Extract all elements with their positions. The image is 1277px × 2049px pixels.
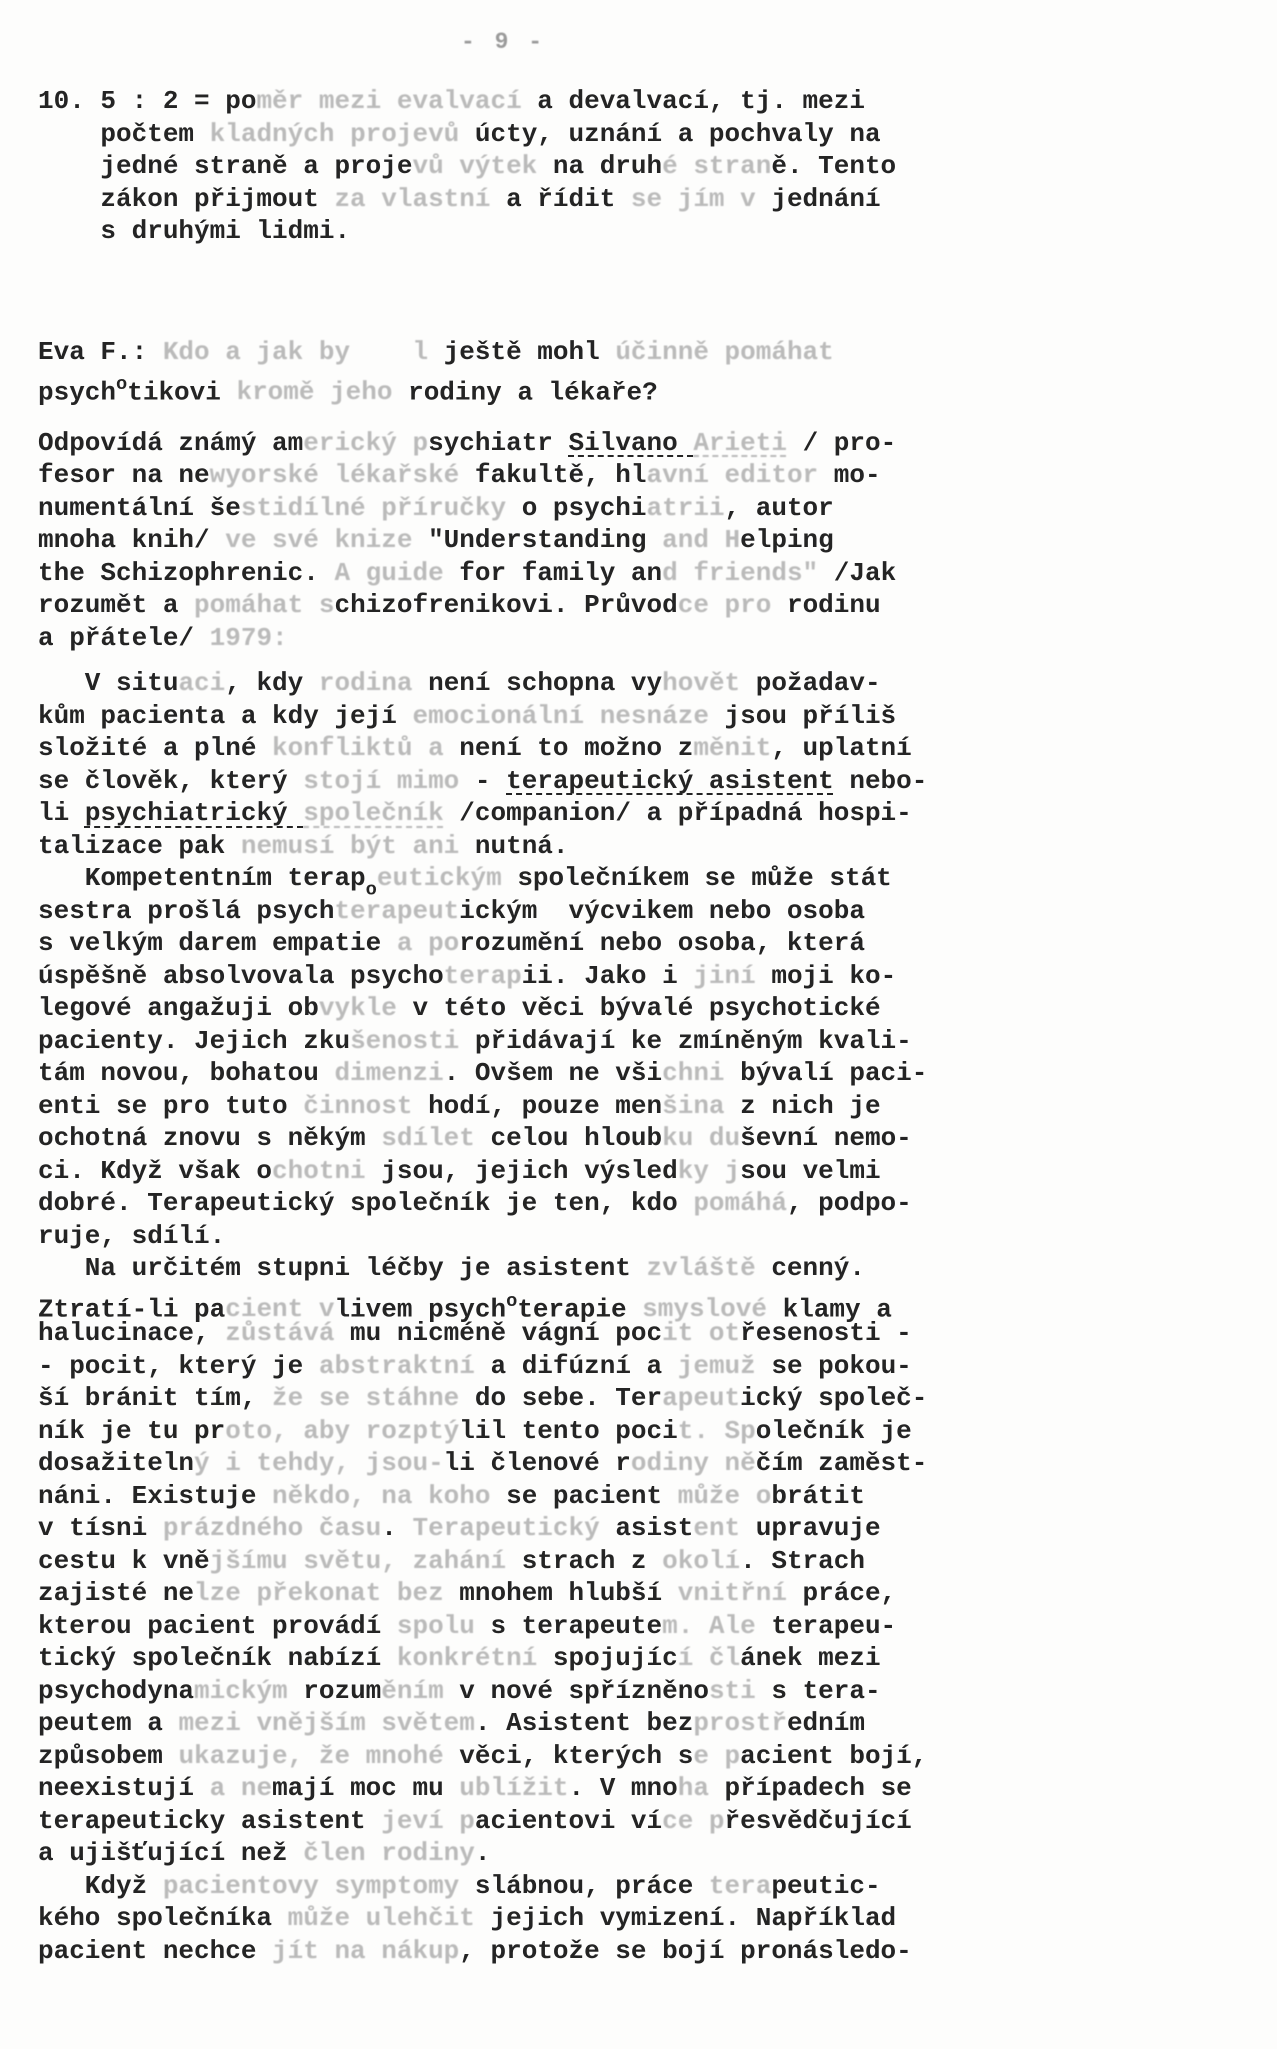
text-segment: . V mno xyxy=(569,1773,678,1803)
text-segment: cestu k vně xyxy=(38,1546,210,1576)
text-segment: peutic- xyxy=(771,1871,880,1901)
text-segment: Eva F.: xyxy=(38,337,163,367)
text-segment: olečník je xyxy=(756,1416,912,1446)
text-segment: ický společ- xyxy=(740,1383,927,1413)
text-segment: měr mezi evalvací xyxy=(256,86,521,116)
text-segment: ěním xyxy=(381,1676,443,1706)
text-segment: řesvědčující xyxy=(725,1806,912,1836)
text-segment: účinně pomáhat xyxy=(615,337,833,367)
text-segment: 1979: xyxy=(210,623,288,653)
text-segment: chotni xyxy=(272,1156,366,1186)
text-segment: přidávají ke zmíněným kvali- xyxy=(459,1026,911,1056)
text-segment: jiní xyxy=(693,961,755,991)
text-line: cestu k vnějšímu světu, zahání strach z … xyxy=(38,1545,1028,1578)
text-segment: prázdného času xyxy=(163,1513,381,1543)
text-line: kého společníka může ulehčit jejich vymi… xyxy=(38,1902,1028,1935)
text-segment: v nové spřízněno xyxy=(444,1676,709,1706)
text-segment: může o xyxy=(678,1481,772,1511)
text-segment: ukazuje, že mnohé xyxy=(178,1741,443,1771)
text-segment: se pokou- xyxy=(756,1351,912,1381)
text-segment: rodina xyxy=(319,668,413,698)
text-segment: fakultě, hl xyxy=(459,460,646,490)
text-segment: stojí mimo xyxy=(303,766,459,796)
text-segment: pomáhat s xyxy=(194,590,334,620)
text-segment: wyorské lékařské xyxy=(210,460,460,490)
text-segment: se pacient xyxy=(490,1481,677,1511)
text-line: Eva F.: Kdo a jak by l ještě mohl účinně… xyxy=(38,336,1028,369)
text-segment: Odpovídá známý am xyxy=(38,428,303,458)
text-segment: hodí, pouze men xyxy=(412,1091,662,1121)
text-segment: - xyxy=(459,766,506,796)
text-segment: náni. Existuje xyxy=(38,1481,272,1511)
text-line: - pocit, který je abstraktní a difúzní a… xyxy=(38,1350,1028,1383)
text-segment: , podpo- xyxy=(787,1188,912,1218)
text-segment: rodiny a lékaře? xyxy=(393,377,658,407)
text-line: dosažitelný i tehdy, jsou-li členové rod… xyxy=(38,1447,1028,1480)
underlined-text: společník xyxy=(303,798,443,828)
text-segment: oto, aby rozptý xyxy=(225,1416,459,1446)
text-segment: rozumění nebo osoba, která xyxy=(459,928,865,958)
text-segment: dobré. Terapeutický společník je ten, kd… xyxy=(38,1188,693,1218)
text-segment: kromě jeho xyxy=(236,377,392,407)
text-segment: zůstává xyxy=(225,1318,334,1348)
text-segment: stidílné příručky xyxy=(241,493,506,523)
text-segment: mezi vnějším světem xyxy=(178,1708,474,1738)
text-line: neexistují a nemají moc mu ublížit. V mn… xyxy=(38,1772,1028,1805)
scanned-document-page: - 9 - 10. 5 : 2 = poměr mezi evalvací a … xyxy=(0,0,1277,2049)
text-segment: není schopna vy xyxy=(413,668,663,698)
text-line: legové angažuji obvykle v této věci býva… xyxy=(38,992,1028,1025)
text-segment: ruje, sdílí. xyxy=(38,1221,225,1251)
text-segment: ci. Když však o xyxy=(38,1156,272,1186)
text-segment: . xyxy=(475,1838,491,1868)
text-segment: pomáhá xyxy=(693,1188,787,1218)
text-line: dobré. Terapeutický společník je ten, kd… xyxy=(38,1187,1028,1220)
text-segment: V situ xyxy=(38,668,178,698)
text-segment: věci, kterých s xyxy=(444,1741,694,1771)
text-segment: jeví p xyxy=(381,1806,475,1836)
text-segment: e p xyxy=(693,1741,740,1771)
text-line: peutem a mezi vnějším světem. Asistent b… xyxy=(38,1707,1028,1740)
text-line: se člověk, který stojí mimo - terapeutic… xyxy=(38,765,1028,798)
page-number: - 9 - xyxy=(38,26,968,58)
paragraph-gap xyxy=(38,654,1028,667)
text-line: a přátele/ 1979: xyxy=(38,622,1028,655)
text-segment: sou velmi xyxy=(740,1156,880,1186)
text-segment: Kdo a jak by xyxy=(163,337,350,367)
text-segment: ý i tehdy, jsou- xyxy=(194,1448,444,1478)
text-segment: někdo, na koho xyxy=(272,1481,490,1511)
text-segment: prostř xyxy=(693,1708,787,1738)
text-segment: se člověk, který xyxy=(38,766,303,796)
text-line: the Schizophrenic. A guide for family an… xyxy=(38,557,1028,590)
text-segment: ickým výcvikem nebo osoba xyxy=(459,896,865,926)
text-segment: 10. 5 : 2 = po xyxy=(38,86,256,116)
text-line: Kompetentním terapoeutickým společníkem … xyxy=(38,862,1028,895)
text-segment: o psychi xyxy=(506,493,646,523)
text-segment: vykle xyxy=(319,993,397,1023)
text-segment: acient bojí, xyxy=(740,1741,927,1771)
text-line: kterou pacient provádí spolu s terapeute… xyxy=(38,1610,1028,1643)
text-segment: mo- xyxy=(818,460,880,490)
text-segment: . xyxy=(381,1513,412,1543)
text-segment: rodinu xyxy=(771,590,880,620)
text-line: 10. 5 : 2 = poměr mezi evalvací a devalv… xyxy=(38,85,1028,118)
text-segment: li členové r xyxy=(444,1448,631,1478)
text-segment: do sebe. Ter xyxy=(459,1383,662,1413)
text-segment: chni xyxy=(662,1058,724,1088)
text-segment: aci xyxy=(178,668,225,698)
text-segment: abstraktní xyxy=(319,1351,475,1381)
text-line: psychotikovi kromě jeho rodiny a lékaře? xyxy=(38,368,1028,401)
text-line: fesor na newyorské lékařské fakultě, hla… xyxy=(38,459,1028,492)
typed-correction-letter: o xyxy=(506,1290,517,1312)
text-segment: s druhými lidmi. xyxy=(38,216,350,246)
text-segment: není to možno z xyxy=(444,733,694,763)
text-segment: zajisté ne xyxy=(38,1578,194,1608)
text-segment: ještě mohl xyxy=(428,337,615,367)
text-segment: cenný. xyxy=(756,1253,865,1283)
text-segment: na druh xyxy=(537,151,662,181)
text-segment: jsou, jejich výsled xyxy=(366,1156,678,1186)
text-line: kům pacienta a kdy její emocionální nesn… xyxy=(38,700,1028,733)
text-segment: ve své knize xyxy=(225,525,428,555)
text-segment: . Asistent bez xyxy=(475,1708,693,1738)
text-segment: lze překonat bez xyxy=(194,1578,444,1608)
text-segment: , kdy xyxy=(225,668,319,698)
text-segment: ší bránit tím, xyxy=(38,1383,272,1413)
text-segment: konkrétní xyxy=(397,1643,537,1673)
text-segment: atrii xyxy=(647,493,725,523)
text-line: tický společník nabízí konkrétní spojují… xyxy=(38,1642,1028,1675)
text-segment: spojujíc xyxy=(537,1643,677,1673)
text-segment: pacientovy symptomy xyxy=(163,1871,459,1901)
text-line: s druhými lidmi. xyxy=(38,215,1028,248)
text-segment: psych xyxy=(38,377,116,407)
text-segment: legové angažuji ob xyxy=(38,993,319,1023)
text-segment: terapeut xyxy=(334,896,459,926)
text-line: V situaci, kdy rodina není schopna vyhov… xyxy=(38,667,1028,700)
text-line: zákon přijmout za vlastní a řídit se jím… xyxy=(38,183,1028,216)
text-segment: / pro- xyxy=(787,428,896,458)
text-line: ochotná znovu s někým sdílet celou hloub… xyxy=(38,1122,1028,1155)
underlined-text: psychiatrický xyxy=(85,798,303,828)
text-line: Ztratí-li pacient vlivem psychoterapie s… xyxy=(38,1285,1028,1318)
text-segment: člen rodiny xyxy=(303,1838,475,1868)
text-segment: . Ovšem ne vši xyxy=(444,1058,662,1088)
text-segment: kladných projevů xyxy=(210,119,460,149)
text-segment: lil tento poci xyxy=(459,1416,677,1446)
text-segment: za vlastní xyxy=(334,184,490,214)
text-segment: tický společník nabízí xyxy=(38,1643,397,1673)
text-segment: hovět xyxy=(662,668,740,698)
text-segment: /Jak xyxy=(818,558,896,588)
text-segment: ník je tu pr xyxy=(38,1416,225,1446)
text-segment: s tera- xyxy=(756,1676,881,1706)
text-segment: halucinace, xyxy=(38,1318,225,1348)
text-segment: požadav- xyxy=(740,668,880,698)
text-segment: terapeuticky asistent xyxy=(38,1806,381,1836)
text-line: ruje, sdílí. xyxy=(38,1220,1028,1253)
text-segment: šenosti xyxy=(350,1026,459,1056)
text-line: náni. Existuje někdo, na koho se pacient… xyxy=(38,1480,1028,1513)
text-segment: a přátele/ xyxy=(38,623,210,653)
text-segment: avní editor xyxy=(647,460,819,490)
text-segment: slábnou, práce xyxy=(459,1871,709,1901)
text-segment: kům pacienta a kdy její xyxy=(38,701,412,731)
text-segment: bývalí paci- xyxy=(725,1058,928,1088)
text-line: sestra prošlá psychterapeutickým výcvike… xyxy=(38,895,1028,928)
text-segment: a po xyxy=(397,928,459,958)
text-line: s velkým darem empatie a porozumění nebo… xyxy=(38,927,1028,960)
text-segment: li xyxy=(38,798,85,828)
text-segment: l xyxy=(412,337,428,367)
text-segment: jednání xyxy=(756,184,881,214)
text-segment: ochotná znovu s někým xyxy=(38,1123,381,1153)
text-line: terapeuticky asistent jeví pacientovi ví… xyxy=(38,1805,1028,1838)
text-segment: případech se xyxy=(709,1773,912,1803)
text-segment: kého společníka xyxy=(38,1903,288,1933)
text-segment: s velkým darem empatie xyxy=(38,928,397,958)
underlined-text: Arieti xyxy=(693,428,787,458)
text-segment: mu nicméně vágní poc xyxy=(334,1318,662,1348)
text-segment: s terapeute xyxy=(475,1611,662,1641)
text-segment: vnitřní xyxy=(678,1578,787,1608)
text-line: li psychiatrický společník /companion/ a… xyxy=(38,797,1028,830)
text-line: způsobem ukazuje, že mnohé věci, kterých… xyxy=(38,1740,1028,1773)
text-segment: a devalvací, tj. mezi xyxy=(522,86,865,116)
text-segment: , uplatní xyxy=(771,733,911,763)
text-segment: talizace pak xyxy=(38,831,241,861)
text-line: Když pacientovy symptomy slábnou, práce … xyxy=(38,1870,1028,1903)
text-segment: tera xyxy=(709,1871,771,1901)
text-segment: A guide xyxy=(334,558,459,588)
text-segment: jít na nákup xyxy=(272,1936,459,1966)
text-segment: , autor xyxy=(725,493,834,523)
text-segment: rozumět a xyxy=(38,590,194,620)
text-segment: ševní nemo- xyxy=(740,1123,912,1153)
text-line: psychodynamickým rozuměním v nové spřízn… xyxy=(38,1675,1028,1708)
text-segment: dimenzi xyxy=(334,1058,443,1088)
typed-correction-letter: o xyxy=(116,373,127,395)
text-segment: zákon přijmout xyxy=(38,184,334,214)
text-segment: ce pro xyxy=(678,590,772,620)
text-line: ci. Když však ochotni jsou, jejich výsle… xyxy=(38,1155,1028,1188)
text-line: složité a plné konfliktů a není to možno… xyxy=(38,732,1028,765)
text-line: numentální šestidílné příručky o psychia… xyxy=(38,492,1028,525)
text-segment: sestra prošlá psych xyxy=(38,896,334,926)
text-segment: brátit xyxy=(771,1481,865,1511)
text-segment: rozum xyxy=(288,1676,382,1706)
text-segment: acientovi ví xyxy=(475,1806,662,1836)
text-segment: fesor na ne xyxy=(38,460,210,490)
text-segment: odiny ně xyxy=(631,1448,756,1478)
text-segment: nebo- xyxy=(834,766,928,796)
text-line: enti se pro tuto činnost hodí, pouze men… xyxy=(38,1090,1028,1123)
text-segment: může ulehčit xyxy=(288,1903,475,1933)
paragraph-gap xyxy=(38,58,1028,85)
text-segment: Na určitém stupni léčby je asistent xyxy=(38,1253,647,1283)
text-line: v tísni prázdného času. Terapeutický asi… xyxy=(38,1512,1028,1545)
text-line: halucinace, zůstává mu nicméně vágní poc… xyxy=(38,1317,1028,1350)
text-segment: upravuje xyxy=(740,1513,880,1543)
text-segment: ent xyxy=(693,1513,740,1543)
text-segment: jejich vymizení. Například xyxy=(475,1903,896,1933)
text-segment: peutem a xyxy=(38,1708,178,1738)
text-line: a ujišťující než člen rodiny. xyxy=(38,1837,1028,1870)
text-segment: m. Ale xyxy=(662,1611,756,1641)
text-segment: činnost xyxy=(303,1091,412,1121)
text-line: ník je tu proto, aby rozptýlil tento poc… xyxy=(38,1415,1028,1448)
text-line: ší bránit tím, že se stáhne do sebe. Ter… xyxy=(38,1382,1028,1415)
text-segment: počtem xyxy=(38,119,210,149)
text-segment: společníkem se může stát xyxy=(502,863,892,893)
text-segment: nutná. xyxy=(459,831,568,861)
text-segment: numentální še xyxy=(38,493,241,523)
text-segment: mnoha knih/ xyxy=(38,525,225,555)
text-segment: the Schizophrenic. xyxy=(38,558,334,588)
text-segment: it ot xyxy=(662,1318,740,1348)
text-segment: sychiatr xyxy=(428,428,568,458)
text-segment: se jím v xyxy=(631,184,756,214)
text-segment: jedné straně a proje xyxy=(38,151,412,181)
text-segment: ky j xyxy=(678,1156,740,1186)
text-line: tám novou, bohatou dimenzi. Ovšem ne vši… xyxy=(38,1057,1028,1090)
text-segment: konfliktů a xyxy=(272,733,444,763)
underlined-text: terapeutický asistent xyxy=(506,766,834,796)
text-line: Odpovídá známý americký psychiatr Silvan… xyxy=(38,427,1028,460)
text-segment: zvláště xyxy=(647,1253,756,1283)
text-segment: ánek mezi xyxy=(740,1643,880,1673)
text-line: mnoha knih/ ve své knize "Understanding … xyxy=(38,524,1028,557)
text-line: Na určitém stupni léčby je asistent zvlá… xyxy=(38,1252,1028,1285)
text-segment: sti xyxy=(709,1676,756,1706)
text-line: úspěšně absolvovala psychoterapii. Jako … xyxy=(38,960,1028,993)
text-segment: úcty, uznání a pochvaly na xyxy=(459,119,880,149)
text-line: zajisté nelze překonat bez mnohem hlubší… xyxy=(38,1577,1028,1610)
text-line: pacient nechce jít na nákup, protože se … xyxy=(38,1935,1028,1968)
text-segment: v této věci bývalé psychotické xyxy=(397,993,881,1023)
text-segment: práce, xyxy=(787,1578,896,1608)
text-segment: sdílet xyxy=(381,1123,475,1153)
text-segment: Když xyxy=(38,1871,163,1901)
text-segment: způsobem xyxy=(38,1741,178,1771)
text-segment: Kompetentním terap xyxy=(38,863,366,893)
text-segment: asist xyxy=(600,1513,694,1543)
text-segment: Terapeutický xyxy=(412,1513,599,1543)
text-segment: enti se pro tuto xyxy=(38,1091,303,1121)
text-segment: a ne xyxy=(210,1773,272,1803)
text-segment: . Strach xyxy=(740,1546,865,1576)
text-segment: a řídit xyxy=(490,184,630,214)
text-line: jedné straně a projevů výtek na druhé st… xyxy=(38,150,1028,183)
text-segment: t. Sp xyxy=(678,1416,756,1446)
text-segment: a difúzní a xyxy=(475,1351,678,1381)
text-segment: chizofrenikovi. Průvod xyxy=(334,590,677,620)
text-segment: nemusí být ani xyxy=(241,831,459,861)
text-segment: emocionální nesnáze xyxy=(412,701,708,731)
text-segment: pacienty. Jejich zku xyxy=(38,1026,350,1056)
text-segment: v tísni xyxy=(38,1513,163,1543)
text-segment: eutickým xyxy=(377,863,502,893)
text-segment: d friends" xyxy=(662,558,818,588)
text-segment: moji ko- xyxy=(756,961,896,991)
text-line: pacienty. Jejich zkušenosti přidávají ke… xyxy=(38,1025,1028,1058)
text-segment: měnit xyxy=(693,733,771,763)
text-segment: dosažiteln xyxy=(38,1448,194,1478)
text-segment: čím zaměst- xyxy=(756,1448,928,1478)
underlined-text: Silvano xyxy=(569,428,694,458)
text-segment: /companion/ a případná hospi- xyxy=(444,798,912,828)
text-segment: "Understanding xyxy=(428,525,662,555)
text-segment: for family an xyxy=(459,558,662,588)
text-segment: šina xyxy=(662,1091,724,1121)
text-segment: , protože se bojí pronásledo- xyxy=(459,1936,911,1966)
text-segment: psychodyna xyxy=(38,1676,194,1706)
text-segment: edním xyxy=(787,1708,865,1738)
text-segment: ce p xyxy=(662,1806,724,1836)
text-segment: vů výtek xyxy=(412,151,537,181)
text-segment: mickým xyxy=(194,1676,288,1706)
text-segment: - pocit, který je xyxy=(38,1351,319,1381)
text-segment: a ujišťující než xyxy=(38,1838,303,1868)
text-segment: mnohem hlubší xyxy=(444,1578,678,1608)
text-segment: elping xyxy=(740,525,834,555)
text-line: počtem kladných projevů úcty, uznání a p… xyxy=(38,118,1028,151)
text-segment: apeut xyxy=(662,1383,740,1413)
text-segment: erický p xyxy=(303,428,428,458)
text-line: talizace pak nemusí být ani nutná. xyxy=(38,830,1028,863)
text-segment: jemuž xyxy=(678,1351,756,1381)
text-segment: pacient nechce xyxy=(38,1936,272,1966)
text-segment: neexistují xyxy=(38,1773,210,1803)
text-segment: í čl xyxy=(678,1643,740,1673)
text-line: rozumět a pomáhat schizofrenikovi. Průvo… xyxy=(38,589,1028,622)
text-segment: celou hloub xyxy=(475,1123,662,1153)
text-segment: terapeu- xyxy=(756,1611,896,1641)
text-segment: ku du xyxy=(662,1123,740,1153)
text-segment: tám novou, bohatou xyxy=(38,1058,334,1088)
text-segment: jšímu světu, zahání xyxy=(210,1546,506,1576)
text-segment: tikovi xyxy=(127,377,236,407)
text-segment: é stran xyxy=(662,151,771,181)
document-text: 10. 5 : 2 = poměr mezi evalvací a devalv… xyxy=(38,58,1028,1967)
text-segment: and H xyxy=(662,525,740,555)
text-segment: terap xyxy=(444,961,522,991)
text-segment: ha xyxy=(678,1773,709,1803)
text-segment: mají moc mu xyxy=(272,1773,459,1803)
text-segment: že se stáhne xyxy=(272,1383,459,1413)
text-segment: spolu xyxy=(397,1611,475,1641)
text-segment xyxy=(350,337,412,367)
text-segment: jsou příliš xyxy=(709,701,896,731)
text-segment: ě. Tento xyxy=(771,151,896,181)
text-segment: ublížit xyxy=(459,1773,568,1803)
text-segment: strach z xyxy=(506,1546,662,1576)
text-segment: z nich je xyxy=(725,1091,881,1121)
text-segment: ii. Jako i xyxy=(522,961,694,991)
text-segment: složité a plné xyxy=(38,733,272,763)
text-segment: okolí xyxy=(662,1546,740,1576)
paragraph-gap xyxy=(38,248,1028,336)
text-segment: kterou pacient provádí xyxy=(38,1611,397,1641)
text-segment: úspěšně absolvovala psycho xyxy=(38,961,444,991)
